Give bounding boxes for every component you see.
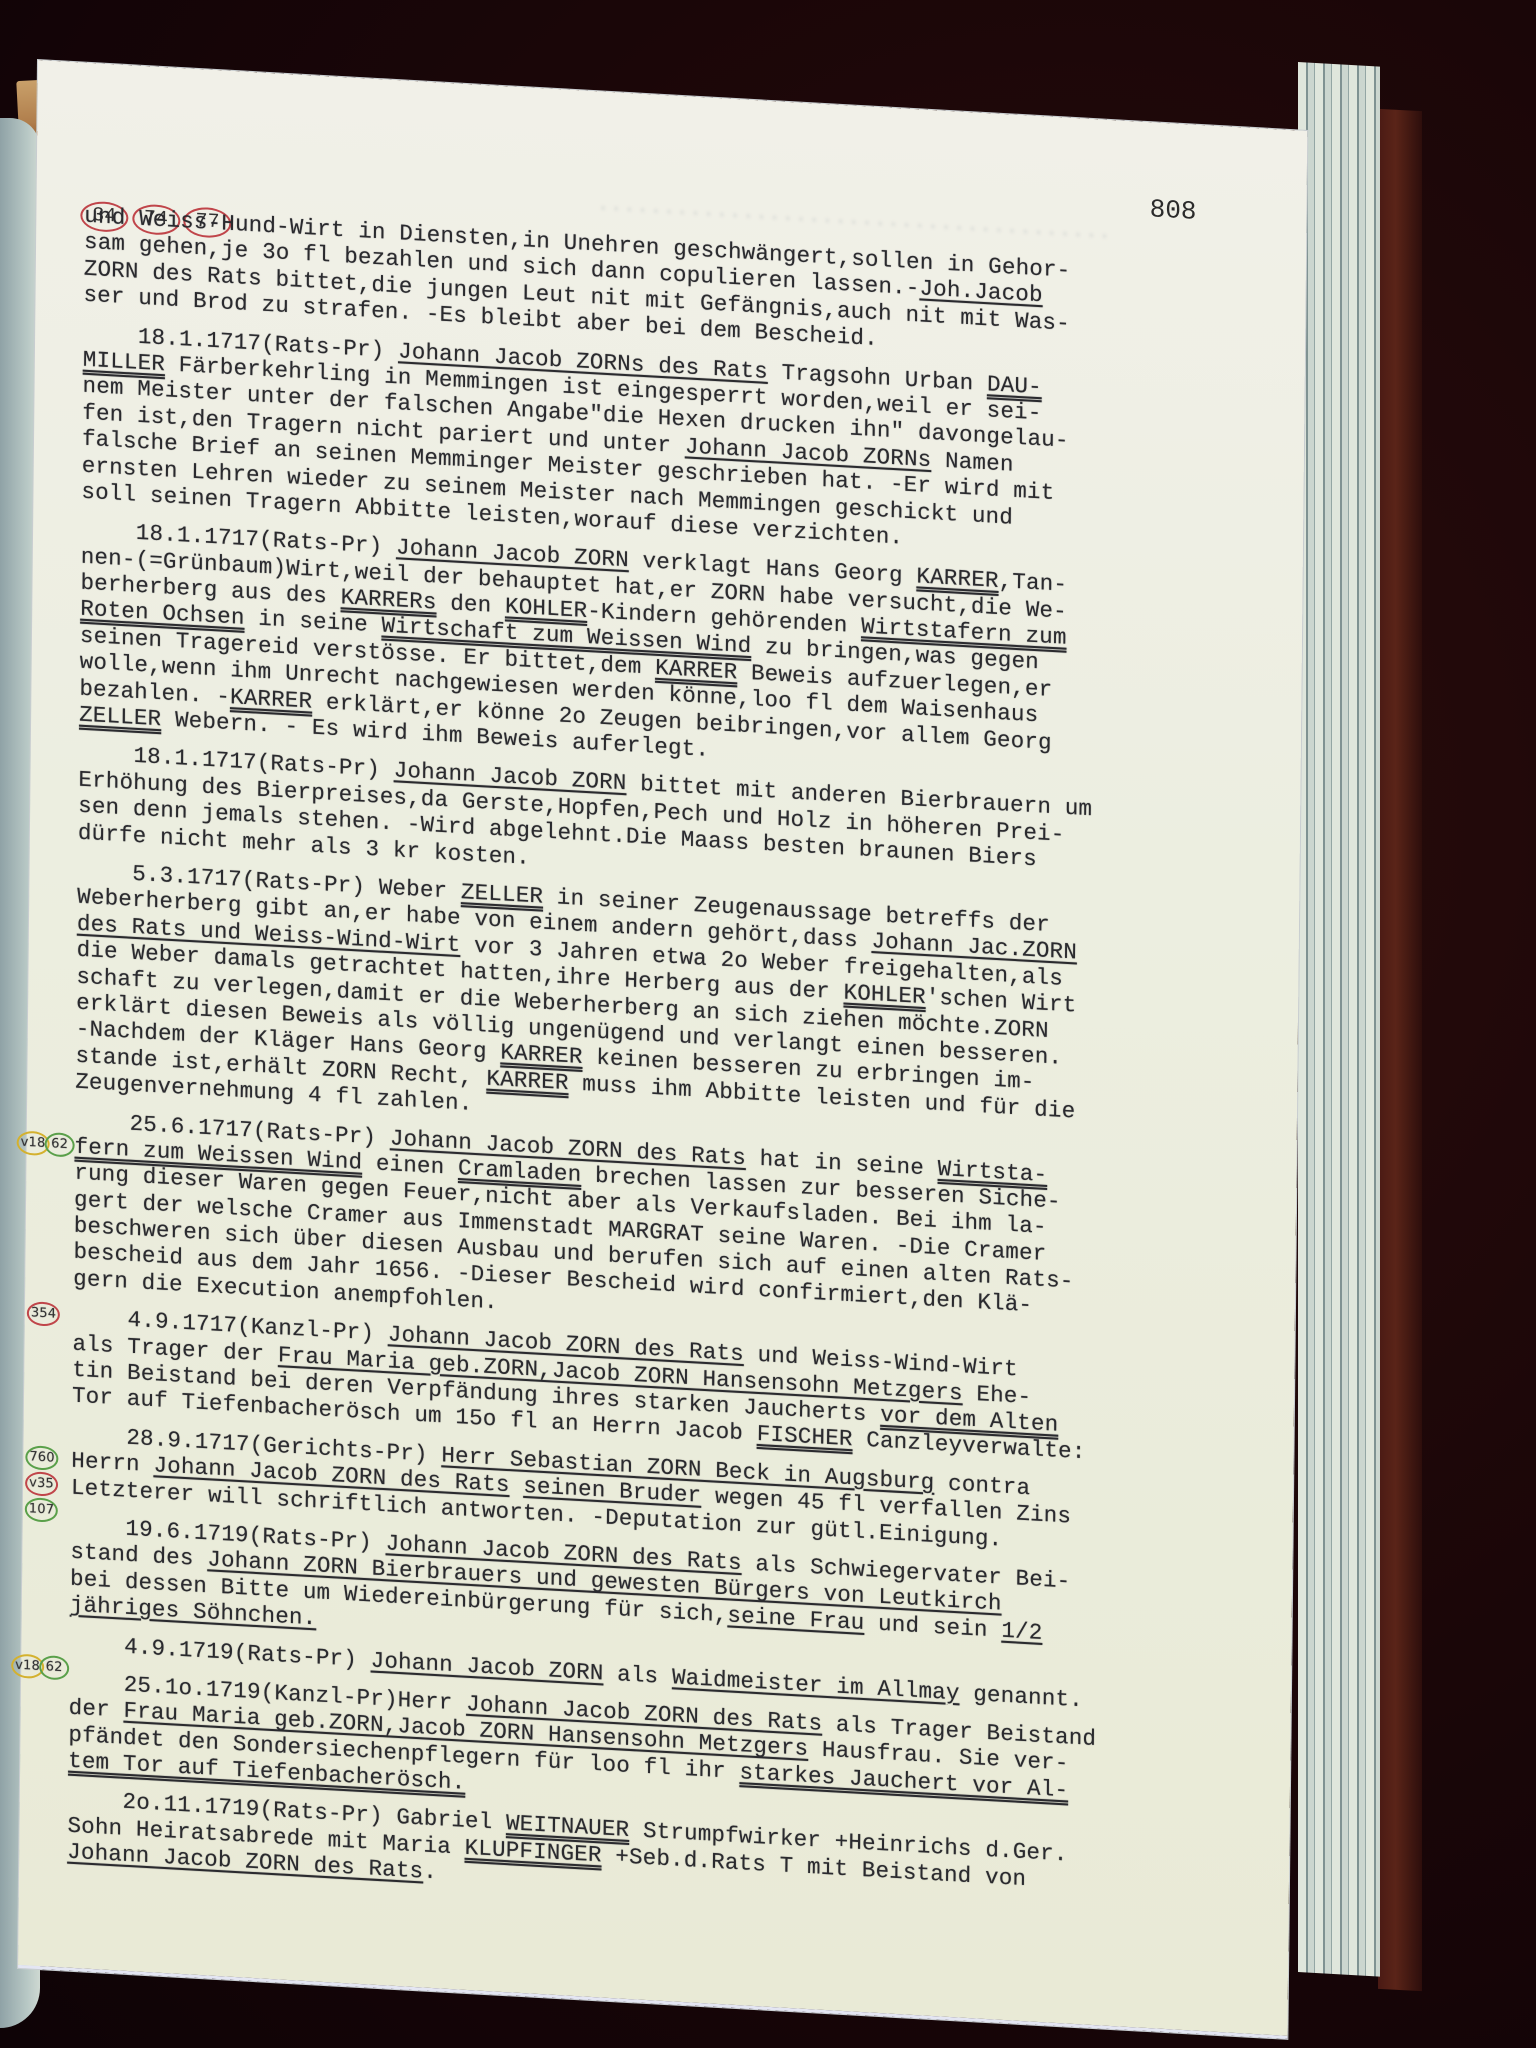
- page-number: 808: [1150, 194, 1197, 227]
- typewritten-text: und Weiss-Hund-Wirt in Diensten,in Unehr…: [67, 203, 1284, 1945]
- book-cover-edge: [1378, 109, 1422, 1991]
- margin-reference-circle: 62: [39, 1654, 69, 1680]
- book-page: ....................................... …: [18, 60, 1307, 2039]
- page-stack-edges: [1298, 62, 1380, 1977]
- margin-reference-circle: 354: [27, 1301, 61, 1327]
- margin-reference-circle: v35: [25, 1471, 58, 1497]
- margin-reference-circle: 107: [25, 1497, 59, 1523]
- margin-reference-circle: 760: [25, 1445, 59, 1471]
- margin-reference-circle: 62: [45, 1131, 75, 1157]
